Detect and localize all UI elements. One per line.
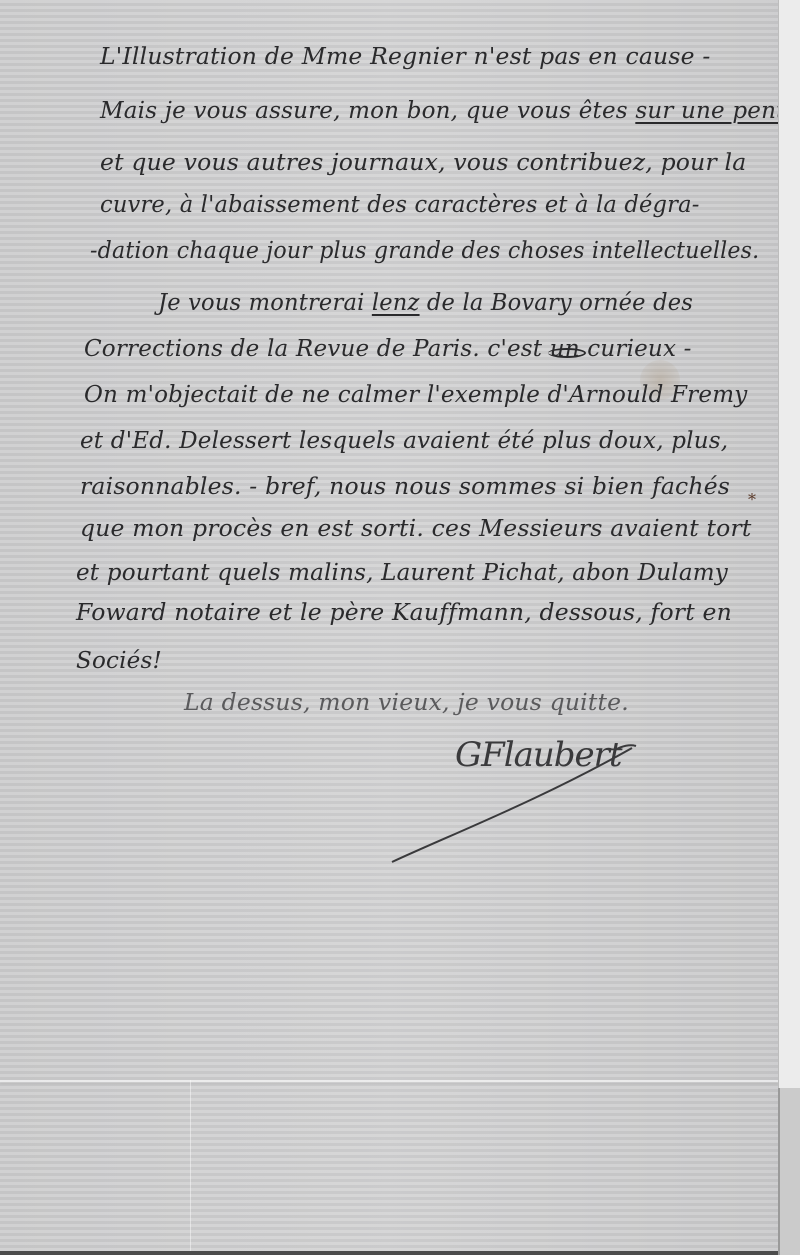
letter-line-3: et que vous autres journaux, vous contri… — [100, 150, 746, 176]
letter-line-14: Sociés! — [76, 648, 162, 674]
paper-bottom-edge — [0, 1251, 778, 1255]
letter-line-11: que mon procès en est sorti. ces Messieu… — [80, 516, 751, 542]
underlined-phrase: sur une pente — [635, 98, 799, 124]
letter-line-7: Corrections de la Revue de Paris. c'est … — [84, 336, 692, 362]
letter-line-4: cuvre, à l'abaissement des caractères et… — [100, 192, 700, 218]
footnote-mark: * — [748, 490, 756, 509]
letter-line-6: Je vous montrerai lenz de la Bovary orné… — [158, 290, 693, 316]
letter-line-12: et pourtant quels malins, Laurent Pichat… — [76, 560, 728, 586]
letter-page: L'Illustration de Mme Regnier n'est pas … — [0, 0, 778, 1255]
letter-line-6-b: de la Bovary ornée des — [420, 290, 693, 316]
adjacent-page-edge — [778, 0, 800, 1088]
paper-fold-horizontal — [0, 1080, 778, 1082]
underlined-word: lenz — [372, 290, 420, 316]
letter-line-2: Mais je vous assure, mon bon, que vous ê… — [100, 98, 799, 124]
letter-line-8: On m'objectait de ne calmer l'exemple d'… — [84, 382, 747, 408]
letter-line-10: raisonnables. - bref, nous nous sommes s… — [80, 474, 730, 500]
adjacent-page-edge-lower — [778, 1088, 800, 1255]
paper-fold-vertical — [190, 1080, 191, 1255]
letter-closing: La dessus, mon vieux, je vous quitte. — [184, 690, 629, 716]
letter-line-7-a: Corrections de la Revue de Paris. c'est — [84, 336, 550, 362]
letter-line-6-a: Je vous montrerai — [158, 290, 372, 316]
letter-line-7-b: curieux - — [580, 336, 692, 362]
struck-word: un — [550, 336, 580, 362]
letter-line-5: -dation chaque jour plus grande des chos… — [90, 238, 759, 264]
signature-flourish-icon — [390, 740, 650, 870]
letter-line-13: Foward notaire et le père Kauffmann, des… — [76, 600, 732, 626]
letter-line-9: et d'Ed. Delessert lesquels avaient été … — [80, 428, 728, 454]
letter-line-1: L'Illustration de Mme Regnier n'est pas … — [100, 44, 710, 70]
letter-line-2-text: Mais je vous assure, mon bon, que vous ê… — [100, 98, 635, 124]
